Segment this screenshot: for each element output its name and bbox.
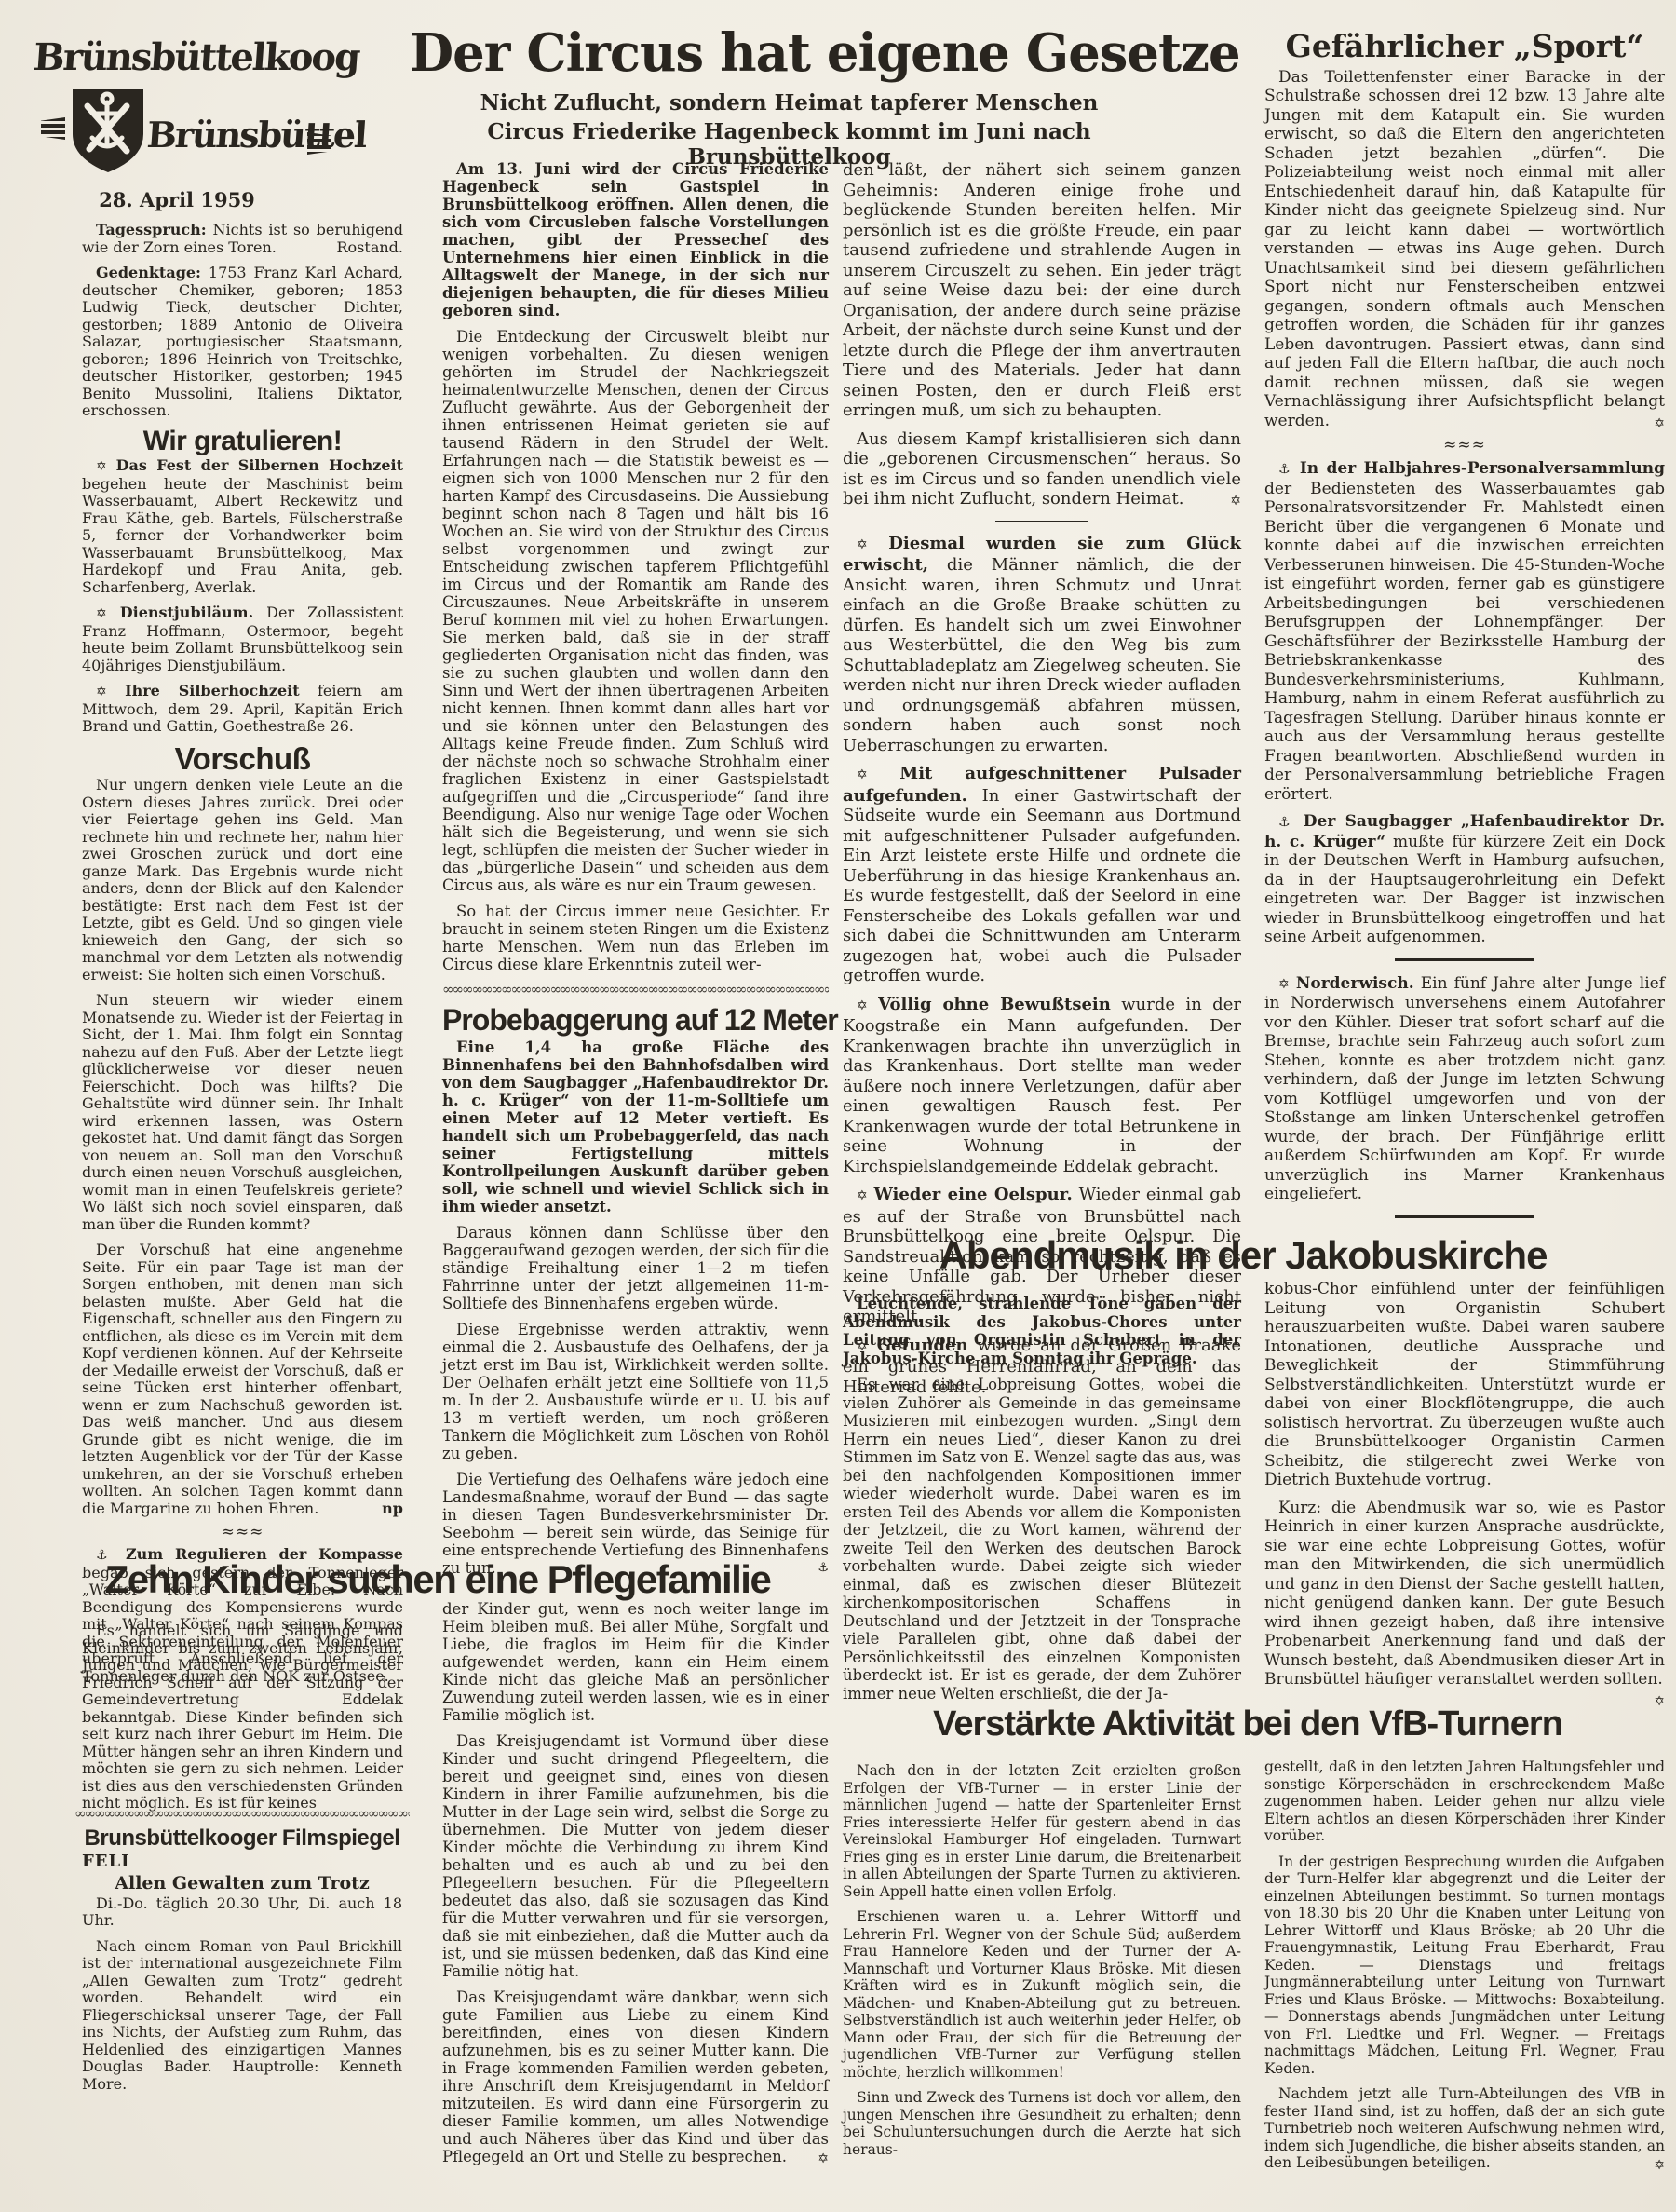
personalversammlung-text: der Bediensteten des Wasserbauamtes gab … bbox=[1264, 480, 1665, 804]
filmspiegel-venue: FELI bbox=[74, 1852, 410, 1871]
tagesspruch-attribution: Rostand. bbox=[323, 239, 404, 257]
sport-body: Das Toilettenfenster einer Baracke in de… bbox=[1264, 68, 1665, 431]
filmspiegel-schedule: Di.-Do. täglich 20.30 Uhr, Di. auch 18 U… bbox=[82, 1895, 402, 1930]
newspaper-page: Brünsbüttelkoog Brünsbüttel 28. April 19… bbox=[0, 0, 1676, 2212]
abendmusik-paragraph: Kurz: die Abendmusik war so, wie es Past… bbox=[1264, 1499, 1665, 1690]
abendmusik-column-2: kobus-Chor einfühlend unter der feinfühl… bbox=[1264, 1280, 1665, 1711]
abendmusik-body: Es war eine Lobpreisung Gottes, wobei di… bbox=[843, 1376, 1241, 1703]
pflege-paragraph-text: Das Kreisjugendamt wäre dankbar, wenn si… bbox=[442, 1988, 829, 2165]
probebaggerung-paragraph: Daraus können dann Schlüsse über den Bag… bbox=[442, 1224, 829, 1312]
gedenktage-text: 1753 Franz Karl Achard, deutscher Chemik… bbox=[82, 264, 403, 419]
chain-divider bbox=[442, 983, 829, 997]
headline-pflegefamilie: Zehn Kinder suchen eine Pflegefamilie bbox=[74, 1557, 801, 1602]
news-item-text: wurde in der Koogstraße ein Mann aufgefu… bbox=[843, 995, 1241, 1176]
pkw-body: ✡ Norderwisch. Ein fünf Jahre alter Jung… bbox=[1264, 974, 1665, 1204]
abendmusik-paragraph: kobus-Chor einfühlend unter der feinfühl… bbox=[1264, 1280, 1665, 1490]
news-item-text: die Männer nämlich, die der Ansicht ware… bbox=[843, 555, 1241, 755]
circus-paragraph: den läßt, der nähert sich seinem ganzen … bbox=[843, 160, 1241, 421]
star-icon: ✡ bbox=[96, 685, 107, 699]
headline-gefaehrlicher-sport: Gefährlicher „Sport“ bbox=[1264, 37, 1665, 57]
vfb-paragraph-text: Nachdem jetzt alle Turn-Abteilungen des … bbox=[1264, 2085, 1665, 2171]
vorschuss-paragraph: Nur ungern denken viele Leute an die Ost… bbox=[82, 777, 403, 984]
pflege-column-1: Es handelt sich um Säuglinge und Kleinki… bbox=[82, 1622, 403, 1821]
masthead-title-line1: Brünsbüttelkoog bbox=[32, 35, 360, 79]
masthead-date: 28. April 1959 bbox=[28, 188, 326, 211]
news-item: ✡ Diesmal wurden sie zum Glück erwischt,… bbox=[843, 534, 1241, 756]
masthead-flourish-left bbox=[41, 117, 65, 140]
filmspiegel-film-title: Allen Gewalten zum Trotz bbox=[74, 1873, 410, 1893]
news-item-lead: Wieder eine Oelspur. bbox=[874, 1185, 1073, 1204]
vfb-column-1: Nach den in der letzten Zeit erzielten g… bbox=[843, 1762, 1241, 2166]
circus-column-2: den läßt, der nähert sich seinem ganzen … bbox=[843, 160, 1241, 1405]
abendmusik-paragraph-text: Kurz: die Abendmusik war so, wie es Past… bbox=[1264, 1499, 1665, 1690]
squiggle-divider bbox=[82, 1526, 403, 1539]
shield-icon bbox=[69, 86, 147, 175]
tagesspruch-label: Tagesspruch: bbox=[96, 221, 207, 238]
vfb-paragraph: Nach den in der letzten Zeit erzielten g… bbox=[843, 1762, 1241, 1900]
star-icon: ✡ bbox=[1278, 977, 1290, 992]
anchor-shield-emblem bbox=[69, 86, 147, 175]
tagesspruch: Tagesspruch: Nichts ist so beruhigend wi… bbox=[82, 222, 403, 256]
chain-divider bbox=[74, 1807, 410, 1821]
masthead: Brünsbüttelkoog Brünsbüttel 28. April 19… bbox=[28, 28, 326, 224]
star-icon: ✡ bbox=[96, 459, 107, 474]
headline-vorschuss: Vorschuß bbox=[82, 751, 403, 768]
headline-circus: Der Circus hat eigene Gesetze bbox=[410, 22, 1146, 84]
gedenktage: Gedenktage: 1753 Franz Karl Achard, deut… bbox=[82, 265, 403, 420]
pflege-paragraph: Das Kreisjugendamt wäre dankbar, wenn si… bbox=[442, 1988, 829, 2165]
circus-paragraph-text: Aus diesem Kampf kristallisieren sich da… bbox=[843, 429, 1241, 509]
vfb-paragraph: Erschienen waren u. a. Lehrer Wittorff u… bbox=[843, 1908, 1241, 2081]
star-icon: ✡ bbox=[1216, 492, 1241, 512]
anchor-icon: ⚓ bbox=[1278, 815, 1294, 830]
headline-filmspiegel: Brunsbüttelkooger Filmspiegel bbox=[74, 1830, 410, 1848]
section-rule bbox=[1395, 958, 1534, 961]
gratulieren-item: ✡ Das Fest der Silbernen Hochzeit begehe… bbox=[82, 457, 403, 596]
pflege-paragraph: Es handelt sich um Säuglinge und Kleinki… bbox=[82, 1622, 403, 1812]
circus-intro: Am 13. Juni wird der Circus Friederike H… bbox=[442, 160, 829, 319]
right-column: Gefährlicher „Sport“ Das Toilettenfenste… bbox=[1264, 37, 1665, 1229]
vfb-paragraph: gestellt, daß in den letzten Jahren Halt… bbox=[1264, 1758, 1665, 1845]
filmspiegel-section: Brunsbüttelkooger Filmspiegel FELI Allen… bbox=[74, 1798, 410, 2101]
headline-vfb-turner: Verstärkte Aktivität bei den VfB-Turnern bbox=[875, 1704, 1620, 1744]
headline-wir-gratulieren: Wir gratulieren! bbox=[82, 433, 403, 451]
anchor-icon: ⚓ bbox=[804, 1559, 829, 1577]
gratulieren-item: ✡ Dienstjubiläum. Der Zollassistent Fran… bbox=[82, 604, 403, 674]
gratulieren-item: ✡ Ihre Silberhochzeit feiern am Mittwoch… bbox=[82, 683, 403, 736]
news-item-lead: Völlig ohne Bewußtsein bbox=[878, 995, 1111, 1014]
star-icon: ✡ bbox=[1640, 1692, 1665, 1712]
circus-paragraph: So hat der Circus immer neue Gesichter. … bbox=[442, 902, 829, 973]
circus-paragraph: Aus diesem Kampf kristallisieren sich da… bbox=[843, 429, 1241, 509]
star-icon: ✡ bbox=[857, 998, 868, 1013]
star-icon: ✡ bbox=[857, 767, 868, 782]
section-rule bbox=[995, 521, 1088, 522]
circus-paragraph: Die Entdeckung der Circuswelt bleibt nur… bbox=[442, 328, 829, 894]
left-column: Tagesspruch: Nichts ist so beruhigend wi… bbox=[82, 222, 403, 1693]
squiggle-divider bbox=[1264, 439, 1665, 452]
gratulieren-item-lead: Ihre Silberhochzeit bbox=[125, 682, 300, 699]
pkw-lead: Norderwisch. bbox=[1296, 974, 1414, 993]
circus-subhead-1: Nicht Zuflucht, sondern Heimat tapferer … bbox=[410, 90, 1169, 115]
masthead-flourish-right bbox=[307, 132, 331, 155]
vfb-column-2: gestellt, daß in den letzten Jahren Halt… bbox=[1264, 1758, 1665, 2180]
pflege-paragraph: Das Kreisjugendamt ist Vormund über dies… bbox=[442, 1732, 829, 1980]
abendmusik-column-1: Leuchtende, strahlende Töne gaben der Ab… bbox=[843, 1295, 1241, 1711]
masthead-title-line2: Brünsbüttel bbox=[145, 114, 367, 156]
personalversammlung-item: ⚓ In der Halbjahres-Personalversammlung … bbox=[1264, 459, 1665, 804]
star-icon: ✡ bbox=[857, 1188, 868, 1203]
vorschuss-signature: np bbox=[368, 1500, 403, 1518]
circus-column-1: Am 13. Juni wird der Circus Friederike H… bbox=[442, 160, 829, 1585]
pflege-column-2: der Kinder gut, wenn es noch weiter lang… bbox=[442, 1600, 829, 2174]
news-item: ✡ Mit aufgeschnittener Pulsader aufgefun… bbox=[843, 764, 1241, 986]
headline-abendmusik: Abendmusik in der Jakobuskirche bbox=[875, 1233, 1611, 1278]
filmspiegel-review: Nach einem Roman von Paul Brickhill ist … bbox=[82, 1938, 402, 2094]
pkw-text: Ein fünf Jahre alter Junge lief in Norde… bbox=[1264, 974, 1665, 1204]
probebaggerung-intro: Eine 1,4 ha große Fläche des Binnenhafen… bbox=[442, 1038, 829, 1215]
personalversammlung-lead: In der Halbjahres-Personalversammlung bbox=[1300, 459, 1665, 478]
gedenktage-label: Gedenktage: bbox=[96, 264, 201, 281]
anchor-icon: ⚓ bbox=[1278, 462, 1292, 477]
star-icon: ✡ bbox=[1640, 2157, 1665, 2175]
saugbagger-item: ⚓ Der Saugbagger „Hafenbaudirektor Dr. h… bbox=[1264, 812, 1665, 947]
vfb-paragraph: Nachdem jetzt alle Turn-Abteilungen des … bbox=[1264, 2085, 1665, 2172]
vorschuss-paragraph: Nun steuern wir wieder einem Monatsende … bbox=[82, 992, 403, 1233]
gratulieren-item-lead: Das Fest der Silbernen Hochzeit bbox=[116, 456, 403, 474]
probebaggerung-paragraph: Diese Ergebnisse werden attraktiv, wenn … bbox=[442, 1321, 829, 1462]
section-rule bbox=[1395, 1215, 1534, 1218]
headline-probebaggerung: Probebaggerung auf 12 Meter bbox=[442, 1011, 829, 1029]
vorschuss-paragraph-text: Der Vorschuß hat eine angenehme Seite. F… bbox=[82, 1241, 403, 1517]
news-item-text: In einer Gastwirtschaft der Südseite wur… bbox=[843, 786, 1241, 986]
star-icon: ✡ bbox=[804, 2151, 829, 2168]
vorschuss-paragraph: Der Vorschuß hat eine angenehme Seite. F… bbox=[82, 1242, 403, 1517]
news-item: ✡ Völlig ohne Bewußtsein wurde in der Ko… bbox=[843, 995, 1241, 1177]
star-icon: ✡ bbox=[96, 606, 107, 621]
vfb-paragraph: Sinn und Zweck des Turnens ist doch vor … bbox=[843, 2089, 1241, 2158]
abendmusik-lead: Leuchtende, strahlende Töne gaben der Ab… bbox=[843, 1295, 1241, 1367]
vfb-paragraph: In der gestrigen Besprechung wurden die … bbox=[1264, 1853, 1665, 2078]
gratulieren-item-lead: Dienstjubiläum. bbox=[120, 604, 253, 621]
sport-body-text: Das Toilettenfenster einer Baracke in de… bbox=[1264, 68, 1665, 430]
star-icon: ✡ bbox=[1640, 414, 1665, 434]
pflege-paragraph: der Kinder gut, wenn es noch weiter lang… bbox=[442, 1600, 829, 1724]
gratulieren-item-text: begehen heute der Maschinist beim Wasser… bbox=[82, 475, 403, 596]
star-icon: ✡ bbox=[857, 537, 868, 552]
